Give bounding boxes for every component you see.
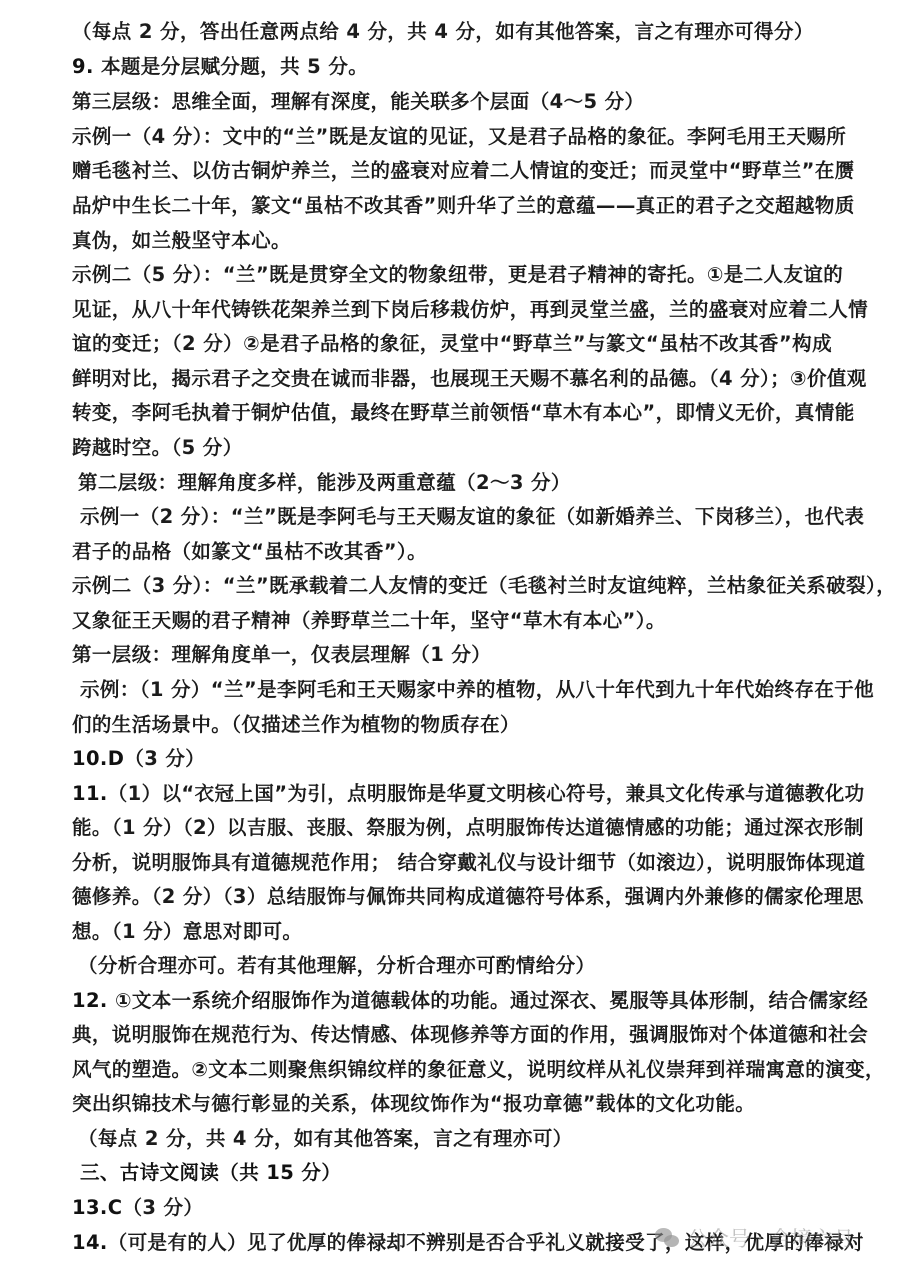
line-text: 德修养。（2 分）（3）总结服饰与佩饰共同构成道德符号体系，强调内外兼修的儒家伦… <box>72 885 864 908</box>
question-12-answer: 12. ①文本一系统介绍服饰作为道德载体的功能。通过深衣、冕服等具体形制，结合儒… <box>72 984 832 1019</box>
line-text: 分析，说明服饰具有道德规范作用； 结合穿戴礼仪与设计细节（如滚边），说明服饰体现… <box>72 851 865 874</box>
question-number: 14. <box>72 1231 108 1254</box>
line-text: （3 分） <box>124 747 205 770</box>
line-text: 示例二（5 分）：“兰”既是贯穿全文的物象纽带，更是君子精神的寄托。①是二人友谊… <box>72 263 843 286</box>
paragraph-line: 示例二（3 分）：“兰”既承载着二人友情的变迁（毛毯衬兰时友谊纯粹，兰枯象征关系… <box>72 569 832 604</box>
line-text: （每点 2 分，答出任意两点给 4 分，共 4 分，如有其他答案，言之有理亦可得… <box>72 20 814 43</box>
question-number: 9. <box>72 55 94 78</box>
question-10-answer: 10.D（3 分） <box>72 742 832 777</box>
paragraph-line: 真伪，如兰般坚守本心。 <box>72 224 832 259</box>
scoring-note-q8: （每点 2 分，答出任意两点给 4 分，共 4 分，如有其他答案，言之有理亦可得… <box>72 15 832 50</box>
line-text: 示例一（4 分）：文中的“兰”既是友谊的见证，又是君子品格的象征。李阿毛用王天赐… <box>72 125 846 148</box>
line-text: ①文本一系统介绍服饰作为道德载体的功能。通过深衣、冕服等具体形制，结合儒家经 <box>108 989 868 1012</box>
line-text: 示例一（2 分）：“兰”既是李阿毛与王天赐友谊的象征（如新婚养兰、下岗移兰），也… <box>80 505 864 528</box>
line-text: 突出织锦技术与德行彰显的关系，体现纹饰作为“报功章德”载体的文化功能。 <box>72 1092 755 1115</box>
line-text: 转变，李阿毛执着于铜炉估值，最终在野草兰前领悟“草木有本心”，即情义无价，真情能 <box>72 401 855 424</box>
line-text: 第二层级：理解角度多样，能涉及两重意蕴（2～3 分） <box>78 471 571 494</box>
paragraph-line: 示例：（1 分）“兰”是李阿毛和王天赐家中养的植物，从八十年代到九十年代始终存在… <box>80 673 832 708</box>
line-text: 第一层级：理解角度单一，仅表层理解（1 分） <box>72 643 491 666</box>
line-text: 君子的品格（如篆文“虽枯不改其香”）。 <box>72 540 427 563</box>
line-text: （3 分） <box>122 1196 203 1219</box>
paragraph-line: 突出织锦技术与德行彰显的关系，体现纹饰作为“报功章德”载体的文化功能。 <box>72 1087 832 1122</box>
level-1-heading: 第一层级：理解角度单一，仅表层理解（1 分） <box>72 638 832 673</box>
line-text: 品炉中生长二十年，篆文“虽枯不改其香”则升华了兰的意蕴——真正的君子之交超越物质 <box>72 194 855 217</box>
line-text: 典，说明服饰在规范行为、传达情感、体现修养等方面的作用，强调服饰对个体道德和社会 <box>72 1023 868 1046</box>
paragraph-line: 赠毛毯衬兰、以仿古铜炉养兰，兰的盛衰对应着二人情谊的变迁；而灵堂中“野草兰”在赝 <box>72 154 832 189</box>
paragraph-line: 风气的塑造。②文本二则聚焦织锦纹样的象征意义，说明纹样从礼仪崇拜到祥瑞寓意的演变… <box>72 1053 832 1088</box>
paragraph-line: 能。（1 分）（2）以吉服、丧服、祭服为例，点明服饰传达道德情感的功能；通过深衣… <box>72 811 832 846</box>
line-text: （可是有的人）见了优厚的俸禄却不辨别是否合乎礼义就接受了，这样，优厚的俸禄对 <box>108 1231 864 1254</box>
line-text: 又象征王天赐的君子精神（养野草兰二十年，坚守“草木有本心”）。 <box>72 609 666 632</box>
paragraph-line: 品炉中生长二十年，篆文“虽枯不改其香”则升华了兰的意蕴——真正的君子之交超越物质 <box>72 189 832 224</box>
paragraph-line: 德修养。（2 分）（3）总结服饰与佩饰共同构成道德符号体系，强调内外兼修的儒家伦… <box>72 880 832 915</box>
line-text: 示例：（1 分）“兰”是李阿毛和王天赐家中养的植物，从八十年代到九十年代始终存在… <box>80 678 874 701</box>
level-3-heading: 第三层级：思维全面，理解有深度，能关联多个层面（4～5 分） <box>72 85 832 120</box>
answer-key-page: （每点 2 分，答出任意两点给 4 分，共 4 分，如有其他答案，言之有理亦可得… <box>0 0 900 1273</box>
question-number: 11. <box>72 782 108 805</box>
line-text: 示例二（3 分）：“兰”既承载着二人友情的变迁（毛毯衬兰时友谊纯粹，兰枯象征关系… <box>72 574 896 597</box>
line-text: 谊的变迁；（2 分）②是君子品格的象征，灵堂中“野草兰”与篆文“虽枯不改其香”构… <box>72 332 832 355</box>
paragraph-line: 示例一（2 分）：“兰”既是李阿毛与王天赐友谊的象征（如新婚养兰、下岗移兰），也… <box>80 500 832 535</box>
paragraph-line: 转变，李阿毛执着于铜炉估值，最终在野草兰前领悟“草木有本心”，即情义无价，真情能 <box>72 396 832 431</box>
paragraph-line: 分析，说明服饰具有道德规范作用； 结合穿戴礼仪与设计细节（如滚边），说明服饰体现… <box>72 846 832 881</box>
scoring-note-q12: （每点 2 分，共 4 分，如有其他答案，言之有理亦可） <box>78 1122 838 1157</box>
question-11-answer: 11.（1）以“衣冠上国”为引，点明服饰是华夏文明核心符号，兼具文化传承与道德教… <box>72 777 832 812</box>
paragraph-line: 示例二（5 分）：“兰”既是贯穿全文的物象纽带，更是君子精神的寄托。①是二人友谊… <box>72 258 832 293</box>
line-text: 本题是分层赋分题，共 5 分。 <box>94 55 368 78</box>
question-14-answer: 14.（可是有的人）见了优厚的俸禄却不辨别是否合乎礼义就接受了，这样，优厚的俸禄… <box>72 1226 832 1261</box>
question-number: 13.C <box>72 1196 122 1219</box>
paragraph-line: 见证，从八十年代铸铁花架养兰到下岗后移栽仿炉，再到灵堂兰盛，兰的盛衰对应着二人情 <box>72 293 832 328</box>
line-text: 跨越时空。（5 分） <box>72 436 243 459</box>
line-text: （分析合理亦可。若有其他理解，分析合理亦可酌情给分） <box>78 954 595 977</box>
paragraph-line: 谊的变迁；（2 分）②是君子品格的象征，灵堂中“野草兰”与篆文“虽枯不改其香”构… <box>72 327 832 362</box>
line-text: 真伪，如兰般坚守本心。 <box>72 229 291 252</box>
question-number: 10.D <box>72 747 124 770</box>
question-number: 12. <box>72 989 108 1012</box>
line-text: 鲜明对比，揭示君子之交贵在诚而非器，也展现王天赐不慕名利的品德。（4 分）；③价… <box>72 367 867 390</box>
paragraph-line: 想。（1 分）意思对即可。 <box>72 915 832 950</box>
line-text: （1）以“衣冠上国”为引，点明服饰是华夏文明核心符号，兼具文化传承与道德教化功 <box>108 782 865 805</box>
level-2-heading: 第二层级：理解角度多样，能涉及两重意蕴（2～3 分） <box>78 466 838 501</box>
question-9-header: 9. 本题是分层赋分题，共 5 分。 <box>72 50 832 85</box>
paragraph-line: 示例一（4 分）：文中的“兰”既是友谊的见证，又是君子品格的象征。李阿毛用王天赐… <box>72 120 832 155</box>
scoring-note-q11: （分析合理亦可。若有其他理解，分析合理亦可酌情给分） <box>78 949 838 984</box>
paragraph-line: 典，说明服饰在规范行为、传达情感、体现修养等方面的作用，强调服饰对个体道德和社会 <box>72 1018 832 1053</box>
line-text: （每点 2 分，共 4 分，如有其他答案，言之有理亦可） <box>78 1127 573 1150</box>
line-text: 第三层级：思维全面，理解有深度，能关联多个层面（4～5 分） <box>72 90 644 113</box>
section-heading: 三、古诗文阅读（共 15 分） <box>80 1156 840 1191</box>
line-text: 赠毛毯衬兰、以仿古铜炉养兰，兰的盛衰对应着二人情谊的变迁；而灵堂中“野草兰”在赝 <box>72 159 855 182</box>
paragraph-line: 又象征王天赐的君子精神（养野草兰二十年，坚守“草木有本心”）。 <box>72 604 832 639</box>
paragraph-line: 跨越时空。（5 分） <box>72 431 832 466</box>
paragraph-line: 们的生活场景中。（仅描述兰作为植物的物质存在） <box>72 708 832 743</box>
paragraph-line: 鲜明对比，揭示君子之交贵在诚而非器，也展现王天赐不慕名利的品德。（4 分）；③价… <box>72 362 832 397</box>
line-text: 能。（1 分）（2）以吉服、丧服、祭服为例，点明服饰传达道德情感的功能；通过深衣… <box>72 816 864 839</box>
question-13-answer: 13.C（3 分） <box>72 1191 832 1226</box>
line-text: 们的生活场景中。（仅描述兰作为植物的物质存在） <box>72 713 520 736</box>
line-text: 风气的塑造。②文本二则聚焦织锦纹样的象征意义，说明纹样从礼仪崇拜到祥瑞寓意的演变… <box>72 1058 885 1081</box>
line-text: 三、古诗文阅读（共 15 分） <box>80 1161 341 1184</box>
paragraph-line: 君子的品格（如篆文“虽枯不改其香”）。 <box>72 535 832 570</box>
line-text: 想。（1 分）意思对即可。 <box>72 920 302 943</box>
line-text: 见证，从八十年代铸铁花架养兰到下岗后移栽仿炉，再到灵堂兰盛，兰的盛衰对应着二人情 <box>72 298 868 321</box>
